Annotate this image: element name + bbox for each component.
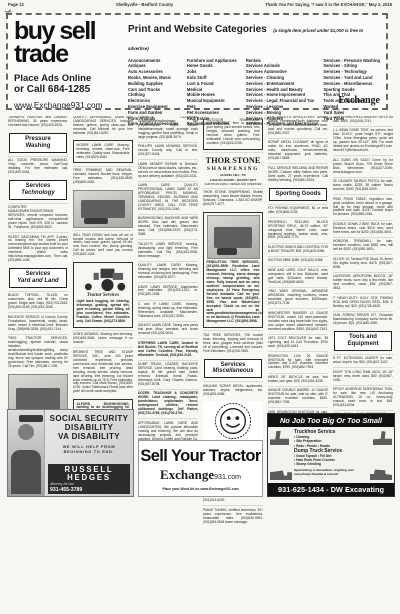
classified-ad: PENDLETON TREE SERVICES, (931)691-5598. … <box>203 212 263 328</box>
ad-text: COMPUTER MANAGEMENT/MONITORING SERVICES,… <box>8 206 68 230</box>
classified-ad: NEW AND USED GOLF BALLS, new, unexposed,… <box>268 266 328 287</box>
ad-text: TURNER'S PAINTING and CABINET REFINISHIN… <box>8 116 68 128</box>
classified-ad: PIANO TUNING, certified technician, 30+ … <box>203 505 263 526</box>
classified-ad: T&S TREE SERVICES, 70ft. bucket truck, t… <box>203 330 263 355</box>
dump-truck-icon <box>270 469 292 480</box>
promo-panel: buy sell trade Place Ads Online or Call … <box>14 19 120 104</box>
classified-ad: Tractor ServicesLight back hogging, lot … <box>73 262 133 328</box>
hedges-headline-2: DISABILITY <box>48 423 130 432</box>
classified-ad: BLACK TOPSOIL; TILLED; no rocks/roots; a… <box>8 291 68 312</box>
promo-phone: or Call 684-1285 <box>14 84 120 95</box>
dumptruck-photo <box>73 190 133 228</box>
ad-text: PENDLETON TREE SERVICES, (931)691-5598. … <box>207 261 260 324</box>
classified-ad: ALL GOOD PRESSURE WASHING. Vinyl, concre… <box>8 156 68 177</box>
category-item: Services - Yard and Land <box>323 75 380 81</box>
ad-text: DOC BAILEY'S UPHOLSTERY: Serving Middle … <box>268 116 328 136</box>
classified-ad: TREE TRIMMING AND REMOVAL. Licensed, ins… <box>73 166 133 187</box>
section-header: Sporting Goods <box>269 188 327 201</box>
sell-your-tractor-ad: Sell Your Tractor Exchange931.com Place … <box>138 440 263 497</box>
classified-ad: DAVIS LAWN SERVICE, Manchester free esti… <box>138 282 198 299</box>
smiley-icon <box>214 402 252 440</box>
classified-ad: 1871 COLT REVOLVER for sale, 38 Lightnin… <box>268 334 328 351</box>
bulldozer-icon <box>370 469 392 480</box>
classified-ad: TIM'S TRACTOR SERVICES, bushhogging, spr… <box>8 334 68 371</box>
ad-text: LACROSSE AEROFORM BOOTS, 18" rubber boot… <box>333 275 393 291</box>
classified-ad: SCRAP METAL CLEANUP, all types of metal,… <box>268 138 328 163</box>
thor-stone-display-ad: THOR STONESHARPENINGCHAPEL HILL, TN1-844… <box>203 152 263 188</box>
russell-hedges-ad: SOCIAL SECURITY DISABILITY VA DISABILITY… <box>7 409 134 497</box>
section-header-line: Miscellaneous <box>205 368 261 375</box>
ad-text: DOUBLE DOWN 2 BIKE RACK for sale, Electr… <box>333 223 393 235</box>
section-header-line: Tools and <box>335 334 391 341</box>
classified-ad: FULL SERVICE WELDING AND REPAIR WORK. Cu… <box>268 163 328 184</box>
classified-ad: WINCHESTER RANGER 12 GAUGE SHOTGUN, mode… <box>268 308 328 333</box>
section-header: PressureWashing <box>9 133 67 153</box>
section-header-line: Yard and Land <box>10 278 66 285</box>
ad-text: DAVIS LAWN SERVICE, Manchester free esti… <box>138 286 198 298</box>
ad-text: WINCHESTER RANGER 12 GAUGE SHOTGUN, mode… <box>268 312 328 332</box>
ad-text: EPOXY ADHESIVE DISPENSING TOOL for sale,… <box>333 388 393 408</box>
classified-ad: LACROSSE AEROFORM BOOTS, 18" rubber boot… <box>333 272 393 293</box>
ad-text: ELECTRIC WINCH AND CONTROL FOR A BOAT TR… <box>268 246 328 254</box>
ad-text: STEPHENS LAWN CARE, located in Bell Buck… <box>138 342 198 358</box>
classified-ad: FLY FISHING EQUIPMENT, $1 or best offer.… <box>268 204 328 217</box>
classified-ad: SIG P210 9MM, $450. (931)222-9358. <box>268 256 328 266</box>
section-header: ServicesMiscellaneous <box>204 359 262 379</box>
ad-text: BROWN'S TREE AND STUMP SERVICE, INC., ov… <box>73 351 133 394</box>
ad-text: PEDERSOLI ROLLING BLOCK SPORTING RIFLE, … <box>268 221 328 241</box>
ad-text: 1871 COLT REVOLVER for sale, 38 Lightnin… <box>268 337 328 349</box>
section-header-line: Services <box>205 362 261 369</box>
section-header: ServicesTechnology <box>9 180 67 200</box>
date-slogan: Thank You For Saying, "I saw it in the E… <box>265 2 392 7</box>
ad-text: PING PONG TABLE, regulation size, good c… <box>333 198 393 218</box>
exchange-brand-name: Exchange <box>160 467 214 482</box>
classified-ad: OUTDOOR HOME/LAWN MANAGEMENT, time to sc… <box>203 119 263 150</box>
section-header-line: Technology <box>10 190 66 197</box>
classified-ad: WILL TEAR DOWN and haul off old or burne… <box>73 230 133 259</box>
classified-ad: LAWN MOWER REPAIR in Dechard. OEM parts … <box>138 159 198 180</box>
tractor-icon <box>77 266 130 292</box>
classified-ad: DOUBLE DOWN 2 BIKE RACK for sale, Electr… <box>333 220 393 237</box>
classified-ad: C and R LAWN CARE, mowing, trimming, spr… <box>138 300 198 321</box>
classified-ad: TURNER'S PAINTING and CABINET REFINISHIN… <box>8 116 68 130</box>
ad-text: T&S TREE SERVICES, 70ft. bucket truck, t… <box>203 334 263 354</box>
classified-ad: QUALITY LAWN CARE! Mowing, trimming and … <box>138 261 198 282</box>
categories-panel: Print and Website Categories (a single i… <box>120 19 380 104</box>
promo-url: www.Exchange931.com <box>14 100 120 110</box>
dw-phone-bar: 931-625-1434 - DW Excavating <box>268 483 394 496</box>
classified-ad: ELECTRIC WINCH AND CONTROL FOR A BOAT TR… <box>268 243 328 256</box>
ad-text: TREE TRIMMING AND REMOVAL. Licensed, ins… <box>73 169 133 185</box>
classified-ad: 8 FT. EXTENSION LADDER for sale, wood, k… <box>333 354 393 367</box>
display-ad-line: THOR STONE <box>203 156 263 165</box>
classified-ad: 25 CALIBER TAURUS PISTOL for sale, some … <box>333 177 393 194</box>
ad-text: HAULING SCRAP METAL, appliances-washers,… <box>203 385 263 397</box>
classified-ad: HORIZON TREADMILL for sale, excellent co… <box>333 237 393 254</box>
tractor-photo <box>77 266 130 292</box>
dw-excavating-ad: No Job Too Big Or Too Small Truckhoe Ser… <box>267 413 395 497</box>
ad-text: MOORE LAWN CARE. Mowing, trimming, shrub… <box>77 144 130 160</box>
section-header: ServicesYard and Land <box>9 268 67 288</box>
ad-text: FLY FISHING EQUIPMENT, $1 or best offer.… <box>268 207 328 215</box>
ad-text: NEW AND USED GOLF BALLS, new, unexposed,… <box>268 269 328 285</box>
exchange-brand: Exchange931.com <box>139 467 262 483</box>
ad-text: HORIZON TREADMILL for sale, excellent co… <box>333 240 393 252</box>
ad-text: C and R LAWN CARE, mowing, trimming, spr… <box>138 303 198 319</box>
ad-text: QUALITY LAWN CARE! Mowing, trimming and … <box>138 264 198 280</box>
categories-title: Print and Website Categories <box>128 24 267 35</box>
classified-ad: BROWN'S TREE AND STUMP SERVICE, INC., ov… <box>73 347 133 396</box>
ad-text: TALLEY'S LAWN SERVICE, mowing, landscapi… <box>138 243 198 259</box>
categories-title-row: Print and Website Categories (a single i… <box>128 19 380 55</box>
classified-ad: BUSHHOGGING, BACKHOE AND YARD WORK. Also… <box>138 214 198 239</box>
classified-ad: STEPHENS LAWN CARE, located in Bell Buck… <box>138 338 198 359</box>
hedges-phone: 931-455-3789 <box>50 487 128 493</box>
ad-text: TWO WWII ORIGINAL JAPANESE ARISAKAS, mat… <box>268 290 328 306</box>
ad-text: LAND/LOT CLEARING: Grading/leveling/drai… <box>138 116 198 140</box>
classified-ad: 1898 SPRINGFIELD ARMORY RIFLE for sale, … <box>333 116 393 126</box>
ad-text: Light back hogging, lot clearing, drivew… <box>77 300 130 324</box>
classified-ad: PHILLIPS LAWN MOWING SERVICE, Lincoln Co… <box>138 142 198 159</box>
classified-ad: DOZER, TRACKHOE & CONCRETE WORK. Land cl… <box>138 389 198 418</box>
ad-text: 25 CALIBER TAURUS PISTOL for sale, some … <box>333 180 393 192</box>
ad-text: SAVAGE DOUBLE BARREL 12 GAUGE SHOTGUN fo… <box>268 389 328 405</box>
ad-text: 1898 SPRINGFIELD ARMORY RIFLE for sale, … <box>333 116 393 124</box>
attorney-portrait-photo <box>8 410 45 496</box>
classified-ad: PING PONG TABLE, regulation size, good c… <box>333 194 393 219</box>
section-header-line: Washing <box>10 143 66 150</box>
ad-text: GUN SCREW DRIVER KIT, Chapman Manufactur… <box>333 314 393 326</box>
category-item: Services - Miscellaneous <box>323 81 380 87</box>
promo-cta-line1: Place Ads Online <box>14 73 120 84</box>
sell-tractor-footer: Place your Word Ad on www.Exchange931.co… <box>139 487 262 491</box>
ad-text: DOZER, TRACKHOE & CONCRETE WORK. Land cl… <box>138 392 198 416</box>
ad-text: GLOCK 19, Tactical FDE Glock 19, Ameri G… <box>333 258 393 270</box>
page-running-header: Page 12 Shelbyville - Bedford County Tha… <box>8 2 392 7</box>
classified-ad: GLOCK 19, Tactical FDE Glock 19, Ameri G… <box>333 254 393 271</box>
ad-text: SILENT SALESMAN TM APP, 3-years, no host… <box>8 236 68 264</box>
pendleton-photo <box>207 215 260 259</box>
hedges-name-2: HEDGES <box>50 474 128 482</box>
hedges-name-block: RUSSELL HEDGES Attorney At Law 931-455-3… <box>48 464 130 494</box>
mini-excavator-icon <box>373 431 392 445</box>
classified-ad: DUMP TRUCK, LOADER, BACKHOE SERVICE. Lan… <box>138 360 198 389</box>
ad-text: SCRAP METAL CLEANUP, all types of metal,… <box>268 141 328 161</box>
ad-text: ALL GUNS ON SALE! Come by for prices. Bu… <box>333 159 393 175</box>
classified-ad: ALL GUNS ON SALE! Come by for prices. Bu… <box>333 155 393 176</box>
classified-ad: SAVAGE DOUBLE BARREL 12 GAUGE SHOTGUN fo… <box>268 386 328 407</box>
classified-ad: LAND/LOT CLEARING: Grading/leveling/drai… <box>138 116 198 142</box>
classified-ad: LAWN CARE. QUALITY PROFESSIONAL LAWN CAR… <box>138 181 198 214</box>
hedges-headline-3: VA DISABILITY <box>48 432 130 441</box>
section-header-line: Services <box>10 183 66 190</box>
classified-ad: BACKHOE SERVICE in Lincoln County. Found… <box>8 312 68 333</box>
ad-text: DON'S MOWING. Mowing and trimming. (931)… <box>73 333 133 345</box>
classified-ad: ASHLEY LAWN CARE. Taking new yards this … <box>138 321 198 338</box>
section-header-line: Services <box>10 271 66 278</box>
ad-text: OUTDOOR HOME/LAWN MANAGEMENT, time to sc… <box>207 119 260 147</box>
ad-text: PIANO TUNING, certified technician, 30+ … <box>203 509 263 525</box>
ad-text: L.L. BEAN DOME TENT, six person, tent fl… <box>333 129 393 153</box>
display-ad-line: SHARPENING <box>203 166 263 172</box>
ad-text: 8 FT. EXTENSION LADDER for sale, wood, k… <box>333 357 393 365</box>
dw-ad-title: No Job Too Big Or Too Small <box>268 414 394 427</box>
classified-ad: REMINGTON 1100 20 GAUGE SHOTGUN for sale… <box>268 351 328 372</box>
ad-text: WILL TEAR DOWN and haul off old or burne… <box>73 234 133 258</box>
classified-ad: EPOXY ADHESIVE DISPENSING TOOL for sale,… <box>333 385 393 410</box>
display-ad-line: CHAPEL HILL, TN <box>203 173 263 177</box>
hedges-tagline: WE WILL HELP FROM BEGINNING TO END. <box>48 444 130 454</box>
ad-text: MEN'S 26" BICYCLE for sale, foot brakes,… <box>268 376 328 384</box>
classified-ad: SILENT SALESMAN TM APP, 3-years, no host… <box>8 232 68 265</box>
ad-text: EIGHT TON LONG RAM JACK, 16"-18" stroke,… <box>333 371 393 383</box>
classified-ad: L.L. BEAN DOME TENT, six person, tent fl… <box>333 126 393 155</box>
classified-ad: 7' HEAVY-DUTY UGLY STIK FISHING ROD AND … <box>333 293 393 310</box>
promo-big-line2: trade <box>14 43 120 66</box>
dw-ad-body: Truckhoe Service Clearing Site Preparati… <box>268 427 394 483</box>
ad-text: REMINGTON 1100 20 GAUGE SHOTGUN for sale… <box>268 355 328 371</box>
ad-text: LAWN CARE. QUALITY PROFESSIONAL LAWN CAR… <box>138 184 198 212</box>
classified-ad: DON'S MOWING. Mowing and trimming. (931)… <box>73 330 133 347</box>
classified-ad: MOORE LAWN CARE. Mowing, trimming, shrub… <box>73 140 133 163</box>
ad-text: THOR STONE SHARPENING. Mobile sharpening… <box>203 191 263 207</box>
classified-ad: HAULING SCRAP METAL, appliances-washers,… <box>203 381 263 398</box>
section-header-line: Equipment <box>335 341 391 348</box>
classified-ad: QUALITY, DEPENDABLE, LAWN AND LANDSCAPIN… <box>73 116 133 138</box>
ad-text: LAWN MOWER REPAIR in Dechard. OEM parts … <box>138 163 198 179</box>
ad-text: ASHLEY LAWN CARE. Taking new yards this … <box>138 324 198 336</box>
ad-text: BACKHOE SERVICE in Lincoln County. Found… <box>8 316 68 332</box>
exchange-brand-suffix: 931.com <box>214 474 241 481</box>
sell-tractor-title: Sell Your Tractor <box>139 447 262 466</box>
exchange-logo: Exchange <box>338 95 380 106</box>
ad-text: DUMP TRUCK, LOADER, BACKHOE SERVICE. Lan… <box>138 363 198 387</box>
classified-ad: TWO WWII ORIGINAL JAPANESE ARISAKAS, mat… <box>268 287 328 308</box>
classifieds-section: TURNER'S PAINTING and CABINET REFINISHIN… <box>0 116 400 614</box>
classified-ad: THOR STONE SHARPENING. Mobile sharpening… <box>203 188 263 209</box>
hedges-headline-1: SOCIAL SECURITY <box>48 414 130 423</box>
section-header-line: Sporting Goods <box>270 191 326 198</box>
ad-text: ALL GOOD PRESSURE WASHING. Vinyl, concre… <box>8 159 68 175</box>
edition-label: Shelbyville - Bedford County <box>116 2 173 7</box>
ad-text: SIG P210 9MM, $450. (931)222-9358. <box>268 259 328 263</box>
classified-ad: EIGHT TON LONG RAM JACK, 16"-18" stroke,… <box>333 367 393 384</box>
ad-text: FULL SERVICE WELDING AND REPAIR WORK. Cu… <box>268 167 328 183</box>
classified-ad: COMPUTER MANAGEMENT/MONITORING SERVICES,… <box>8 203 68 232</box>
section-header: Tools andEquipment <box>334 331 392 351</box>
ad-text: 7' HEAVY-DUTY UGLY STIK FISHING ROD AND … <box>333 297 393 309</box>
classified-ad: PEDERSOLI ROLLING BLOCK SPORTING RIFLE, … <box>268 217 328 242</box>
display-ad-line: 1-844-SO-SHARP • (844)767-4277 <box>203 178 263 182</box>
hedges-title: Attorney At Law <box>50 482 128 486</box>
hedges-ad-text: SOCIAL SECURITY DISABILITY VA DISABILITY… <box>45 410 133 496</box>
display-ad-line: CHRISTIAN FAMILY OWNED AND OPERATED <box>203 183 263 186</box>
classified-ad: DOC BAILEY'S UPHOLSTERY: Serving Middle … <box>268 116 328 138</box>
section-header-line: Pressure <box>10 136 66 143</box>
scissors-icon: ✂ <box>3 6 14 19</box>
dump-item: Stump Grinding <box>294 462 368 466</box>
ad-text: BUSHHOGGING, BACKHOE AND YARD WORK. Also… <box>138 217 198 237</box>
ad-text: TIM'S TRACTOR SERVICES, bushhogging, spr… <box>8 337 68 369</box>
excavator-icon <box>270 431 289 445</box>
ad-text: PHILLIPS LAWN MOWING SERVICE, Lincoln Co… <box>138 145 198 157</box>
categories-coupon-box: ✂ buy sell trade Place Ads Online or Cal… <box>6 13 388 110</box>
ad-text: BLACK TOPSOIL; TILLED; no rocks/roots; a… <box>8 294 68 310</box>
ad-text: QUALITY, DEPENDABLE, LAWN AND LANDSCAPIN… <box>73 116 133 136</box>
classified-ad: GUN SCREW DRIVER KIT, Chapman Manufactur… <box>333 311 393 328</box>
dw-note: Specializing in demolition. Anything and… <box>294 468 368 476</box>
smiley-photo <box>203 401 263 441</box>
classified-ad: MEN'S 26" BICYCLE for sale, foot brakes,… <box>268 373 328 386</box>
classified-ad: TALLEY'S LAWN SERVICE, mowing, landscapi… <box>138 239 198 260</box>
